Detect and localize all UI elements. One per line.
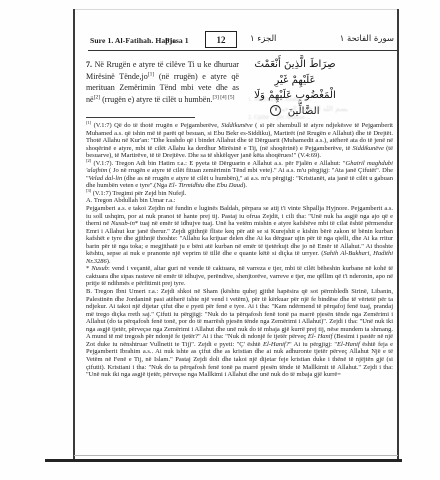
header-juz-arabic: الجزء ١ xyxy=(250,34,276,44)
footnote-3-nusub-note: * Nusub: vend i veçantë, altar guri në v… xyxy=(86,265,393,288)
page-edge-bottom xyxy=(45,459,402,462)
footnote-3-story-b: B. Tregon Ibni Umeri r.a.: Zejdi shkoi n… xyxy=(86,288,393,379)
page-edge-top xyxy=(74,9,398,10)
header-surah-arabic: سورة الفاتحة ١ xyxy=(340,34,394,44)
page-bleedthrough-text: 1. Me Emrin e Allahut, i ... بسم الله ال… xyxy=(248,96,348,123)
header-sura-title: Sure 1. Al-Fatihah. Hapja xyxy=(90,36,176,45)
scanned-book-page: Sure 1. Al-Fatihah. Hapja Pjesa 1 12 الج… xyxy=(0,0,440,480)
footnote-separator-rule xyxy=(86,117,195,118)
arabic-line-1: صِرَاطَ الَّذِينَ أَنْعَمْتَ عَلَيْهِمْ … xyxy=(243,57,347,88)
bleedthrough-arabic-line: بسم الله الرحمن الرحيم xyxy=(248,105,348,114)
footnote-1: [1] (V.1:7) Që do të thotë rrugën e Pejg… xyxy=(86,122,393,160)
page-number-box: 12 xyxy=(205,31,237,48)
page-edge-bottom-shadow xyxy=(74,455,398,456)
footnote-3-heading: [3] (V.1:7) Tregimi për Zejd bin Nufejl. xyxy=(86,190,393,198)
page-edge-left xyxy=(73,9,75,459)
footnotes-section: [1] (V.1:7) Që do të thotë rrugën e Pejg… xyxy=(86,122,393,379)
bleedthrough-line: 1. Me Emrin e Allahut, i ... xyxy=(248,96,348,105)
page-edge-right xyxy=(397,9,399,459)
header-part-label: Pjesa 1 xyxy=(165,36,189,45)
page-number: 12 xyxy=(217,35,226,45)
footnote-3-story-a: Pejgamberi a.s. e takoi Zejdin në fundin… xyxy=(86,205,393,265)
footnote-3-narrator-a: A. Tregon Abdullah bin Umar r.a.: xyxy=(86,197,393,205)
footnote-2: [2] (V.1:7). Tregon Adi bin Hatim r.a.: … xyxy=(86,160,393,190)
header-rule xyxy=(88,50,397,51)
verse-7-translation: 7. Në Rrugën e atyre të cilëve Ti u ke d… xyxy=(86,59,239,105)
